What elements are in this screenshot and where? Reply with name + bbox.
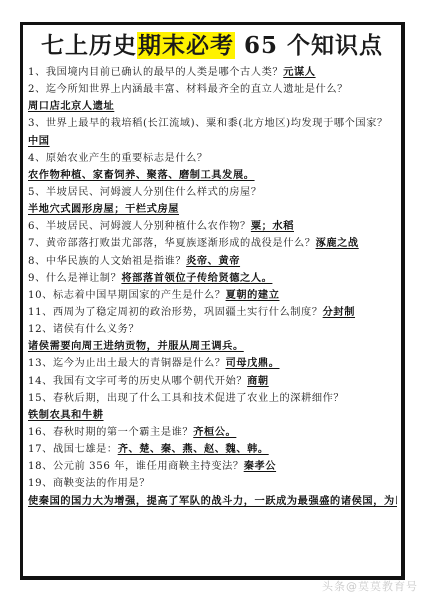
answer-text: 涿鹿之战: [316, 237, 359, 249]
title-prefix: 七上历史: [41, 32, 137, 59]
answer-text: 半地穴式圆形房屋；干栏式房屋: [28, 203, 179, 215]
list-item: 3、世界上最早的栽培稻(长江流域)、粟和黍(北方地区)均发现于哪个国家？: [28, 115, 397, 132]
list-item: 铁制农具和牛耕: [28, 407, 397, 424]
answer-text: 将部落首领位子传给贤德之人。: [121, 272, 272, 284]
question-text: 18、公元前 356 年，谁任用商鞅主持变法？: [28, 461, 244, 472]
title-highlight: 期末必考: [137, 32, 235, 59]
list-item: 4、原始农业产生的重要标志是什么？: [28, 150, 397, 167]
answer-text: 诸侯需要向周王进纳贡物，并服从周王调兵。: [28, 340, 244, 352]
question-text: 12、诸侯有什么义务？: [28, 324, 139, 335]
answer-text: 元谋人: [283, 66, 315, 78]
answer-text: 粟；水稻: [251, 220, 294, 232]
answer-text: 中国: [28, 135, 50, 147]
answer-text: 铁制农具和牛耕: [28, 409, 104, 421]
list-item: 15、春秋后期，出现了什么工具和技术促进了农业上的深耕细作？: [28, 390, 397, 407]
answer-text: 分封制: [323, 306, 355, 318]
page-title: 七上历史期末必考 65 个知识点: [23, 31, 401, 61]
list-item: 19、商鞅变法的作用是？: [28, 475, 397, 492]
list-item: 6、半坡居民、河姆渡人分别种植什么农作物？粟；水稻: [28, 218, 397, 235]
list-item: 半地穴式圆形房屋；干栏式房屋: [28, 201, 397, 218]
watermark: 头条@莫莫教育号: [322, 578, 418, 594]
question-text: 1、我国境内目前已确认的最早的人类是哪个古人类？: [28, 67, 283, 78]
question-text: 3、世界上最早的栽培稻(长江流域)、粟和黍(北方地区)均发现于哪个国家？: [28, 118, 388, 129]
list-item: 使秦国的国力大为增强，提高了军队的战斗力，一跃成为最强盛的诸侯国，为以: [28, 493, 397, 510]
list-item: 2、迄今所知世界上内涵最丰富、材料最齐全的直立人遗址是什么？: [28, 81, 397, 98]
answer-text: 秦孝公: [244, 460, 276, 472]
question-text: 10、标志着中国早期国家的产生是什么？: [28, 290, 226, 301]
list-item: 中国: [28, 133, 397, 150]
list-item: 17、战国七雄是：齐、楚、秦、燕、赵、魏、韩。: [28, 441, 397, 458]
question-text: 13、迄今为止出土最大的青铜器是什么？: [28, 358, 226, 369]
list-item: 诸侯需要向周王进纳贡物，并服从周王调兵。: [28, 338, 397, 355]
list-item: 8、中华民族的人文始祖是指谁？炎帝、黄帝: [28, 253, 397, 270]
answer-text: 齐、楚、秦、燕、赵、魏、韩。: [118, 443, 269, 455]
answer-text: 使秦国的国力大为增强，提高了军队的战斗力，一跃成为最强盛的诸侯国，为以: [28, 495, 397, 507]
answer-text: 司母戊鼎。: [226, 357, 280, 369]
title-suffix: 65 个知识点: [235, 32, 383, 59]
question-text: 7、黄帝部落打败蚩尤部落，华夏族逐渐形成的战役是什么？: [28, 238, 316, 249]
answer-text: 夏朝的建立: [226, 289, 280, 301]
list-item: 周口店北京人遗址: [28, 98, 397, 115]
answer-text: 周口店北京人遗址: [28, 100, 114, 112]
question-text: 19、商鞅变法的作用是？: [28, 478, 150, 489]
list-item: 16、春秋时期的第一个霸主是谁？齐桓公。: [28, 424, 397, 441]
list-item: 10、标志着中国早期国家的产生是什么？夏朝的建立: [28, 287, 397, 304]
list-item: 9、什么是禅让制？将部落首领位子传给贤德之人。: [28, 270, 397, 287]
list-item: 13、迄今为止出土最大的青铜器是什么？司母戊鼎。: [28, 355, 397, 372]
list-item: 7、黄帝部落打败蚩尤部落，华夏族逐渐形成的战役是什么？涿鹿之战: [28, 235, 397, 252]
answer-text: 炎帝、黄帝: [186, 255, 240, 267]
list-item: 18、公元前 356 年，谁任用商鞅主持变法？秦孝公: [28, 458, 397, 475]
question-text: 5、半坡居民、河姆渡人分别住什么样式的房屋？: [28, 187, 262, 198]
question-text: 4、原始农业产生的重要标志是什么？: [28, 153, 208, 164]
document-frame: 七上历史期末必考 65 个知识点 1、我国境内目前已确认的最早的人类是哪个古人类…: [20, 22, 405, 580]
list-item: 5、半坡居民、河姆渡人分别住什么样式的房屋？: [28, 184, 397, 201]
question-text: 8、中华民族的人文始祖是指谁？: [28, 256, 186, 267]
question-text: 14、我国有文字可考的历史从哪个朝代开始？: [28, 376, 247, 387]
answer-text: 农作物种植、家畜饲养、聚落、磨制工具发展。: [28, 169, 255, 181]
question-text: 17、战国七雄是：: [28, 444, 118, 455]
question-text: 11、西周为了稳定周初的政治形势，巩固疆土实行什么制度？: [28, 307, 323, 318]
answer-text: 齐桓公。: [193, 426, 236, 438]
answer-text: 商朝: [247, 375, 269, 387]
question-text: 16、春秋时期的第一个霸主是谁？: [28, 427, 193, 438]
question-text: 2、迄今所知世界上内涵最丰富、材料最齐全的直立人遗址是什么？: [28, 84, 348, 95]
knowledge-list: 1、我国境内目前已确认的最早的人类是哪个古人类？元谋人2、迄今所知世界上内涵最丰…: [28, 64, 397, 510]
list-item: 14、我国有文字可考的历史从哪个朝代开始？商朝: [28, 373, 397, 390]
question-text: 6、半坡居民、河姆渡人分别种植什么农作物？: [28, 221, 251, 232]
list-item: 11、西周为了稳定周初的政治形势，巩固疆土实行什么制度？分封制: [28, 304, 397, 321]
list-item: 12、诸侯有什么义务？: [28, 321, 397, 338]
list-item: 1、我国境内目前已确认的最早的人类是哪个古人类？元谋人: [28, 64, 397, 81]
question-text: 9、什么是禅让制？: [28, 273, 121, 284]
list-item: 农作物种植、家畜饲养、聚落、磨制工具发展。: [28, 167, 397, 184]
question-text: 15、春秋后期，出现了什么工具和技术促进了农业上的深耕细作？: [28, 393, 344, 404]
